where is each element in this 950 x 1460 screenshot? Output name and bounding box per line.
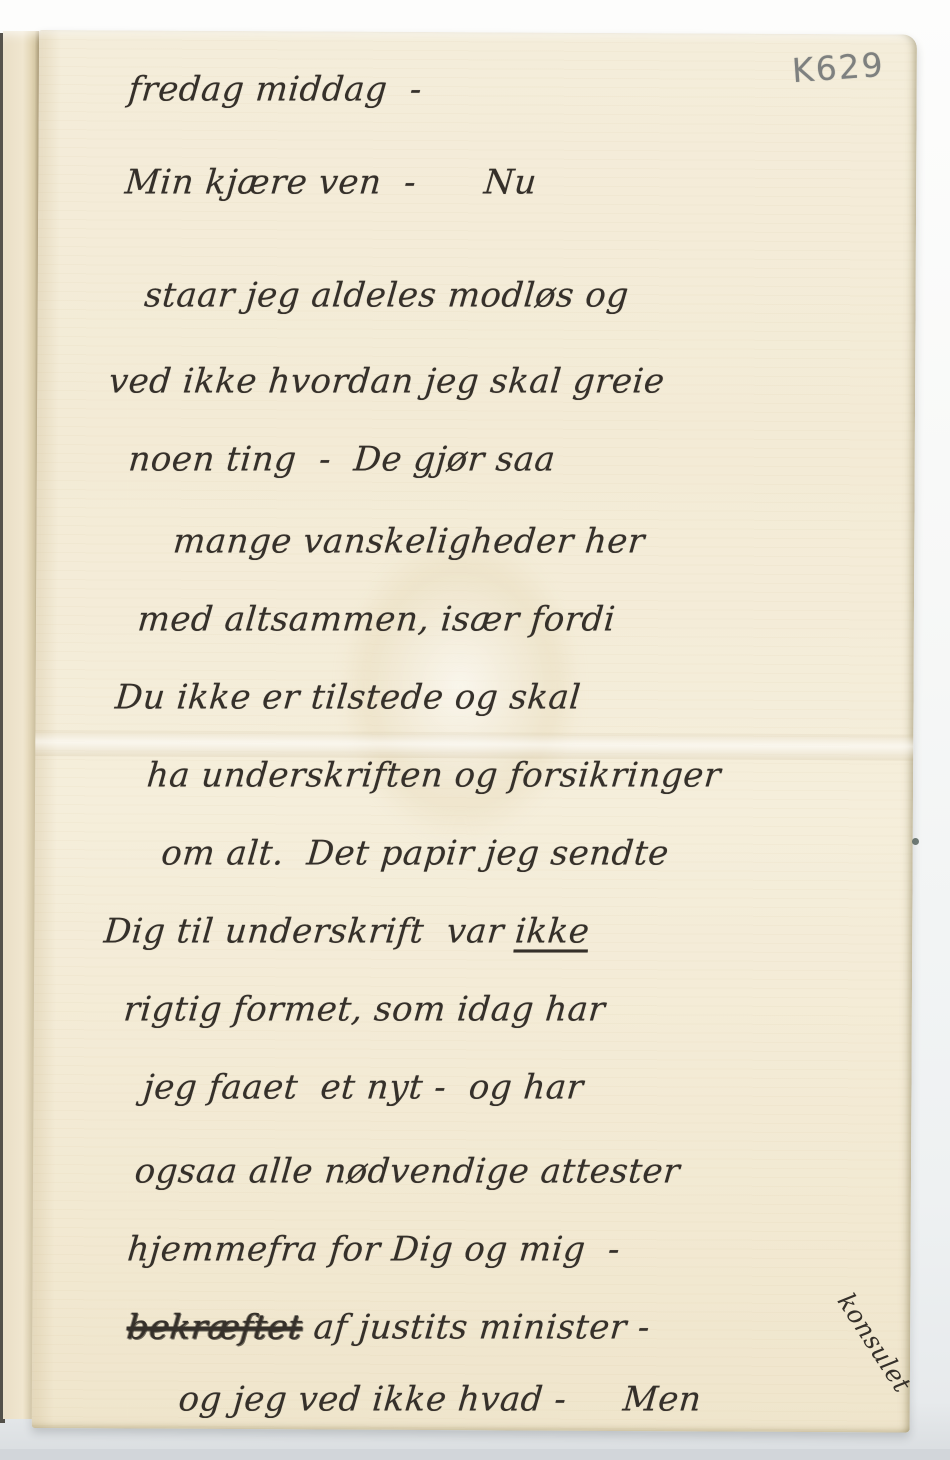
letter-text: hjemmefra for Dig og mig - [126, 1230, 622, 1270]
letter-text: staar jeg aldeles modløs og [143, 276, 631, 316]
letter-line: bekræftet af justits minister - [124, 1289, 914, 1367]
letter-line: mange vanskeligheder her [170, 503, 918, 581]
letter-text: Du ikke er tilstede og skal [114, 678, 583, 718]
letter-text: noen ting - De gjør saa [127, 440, 557, 480]
pencil-archive-mark: K629 [791, 45, 886, 90]
letter-text: om alt. Det papir jeg sendte [160, 834, 671, 874]
bottom-scanner-strip [0, 1449, 950, 1460]
letter-text: af justits minister - [301, 1308, 663, 1348]
letter-line: noen ting - De gjør saa [125, 421, 918, 499]
letter-page: fredag middag -Min kjære ven - Nustaar j… [32, 30, 917, 1433]
letter-word-overwritten: bekræftet [125, 1308, 304, 1348]
letter-text: Dig til underskrift var [102, 911, 517, 951]
letter-line: ogsaa alle nødvendige attester [131, 1133, 914, 1211]
letter-text: mange vanskeligheder her [171, 522, 646, 562]
letter-line: staar jeg aldeles modløs og [141, 257, 919, 335]
letter-line: ha underskriften og forsikringer [144, 737, 917, 815]
letter-text: Min kjære ven - Nu [123, 163, 538, 203]
letter-text: ved ikke hvordan jeg skal greie [107, 361, 666, 401]
letter-text: og jeg ved ikke hvad - Men [177, 1380, 703, 1420]
letter-line: og jeg ved ikke hvad - Men [175, 1361, 913, 1439]
letter-line: om alt. Det papir jeg sendte [158, 815, 916, 893]
letter-text: ha underskriften og forsikringer [145, 756, 722, 796]
page-edge-notch [912, 838, 919, 845]
letter-text: rigtig formet, som idag har [122, 990, 607, 1030]
letter-body: fredag middag -Min kjære ven - Nustaar j… [32, 48, 917, 1441]
letter-word-underline: ikke [513, 911, 591, 951]
letter-line: rigtig formet, som idag har [120, 971, 915, 1049]
letter-text: ogsaa alle nødvendige attester [133, 1152, 682, 1192]
letter-line: ved ikke hvordan jeg skal greie [106, 342, 919, 420]
scanned-letter-canvas: fredag middag -Min kjære ven - Nustaar j… [0, 0, 950, 1460]
letter-line: hjemmefra for Dig og mig - [124, 1211, 914, 1289]
letter-text: fredag middag - [127, 70, 424, 110]
letter-line: Dig til underskrift var ikke [101, 892, 916, 970]
letter-text: jeg faaet et nyt - og har [142, 1068, 586, 1108]
letter-line: Min kjære ven - Nu [122, 144, 920, 222]
letter-line: med altsammen, især fordi [134, 581, 917, 659]
letter-line: Du ikke er tilstede og skal [112, 659, 917, 737]
letter-line: jeg faaet et nyt - og har [140, 1049, 915, 1127]
letter-text: med altsammen, især fordi [136, 600, 617, 640]
